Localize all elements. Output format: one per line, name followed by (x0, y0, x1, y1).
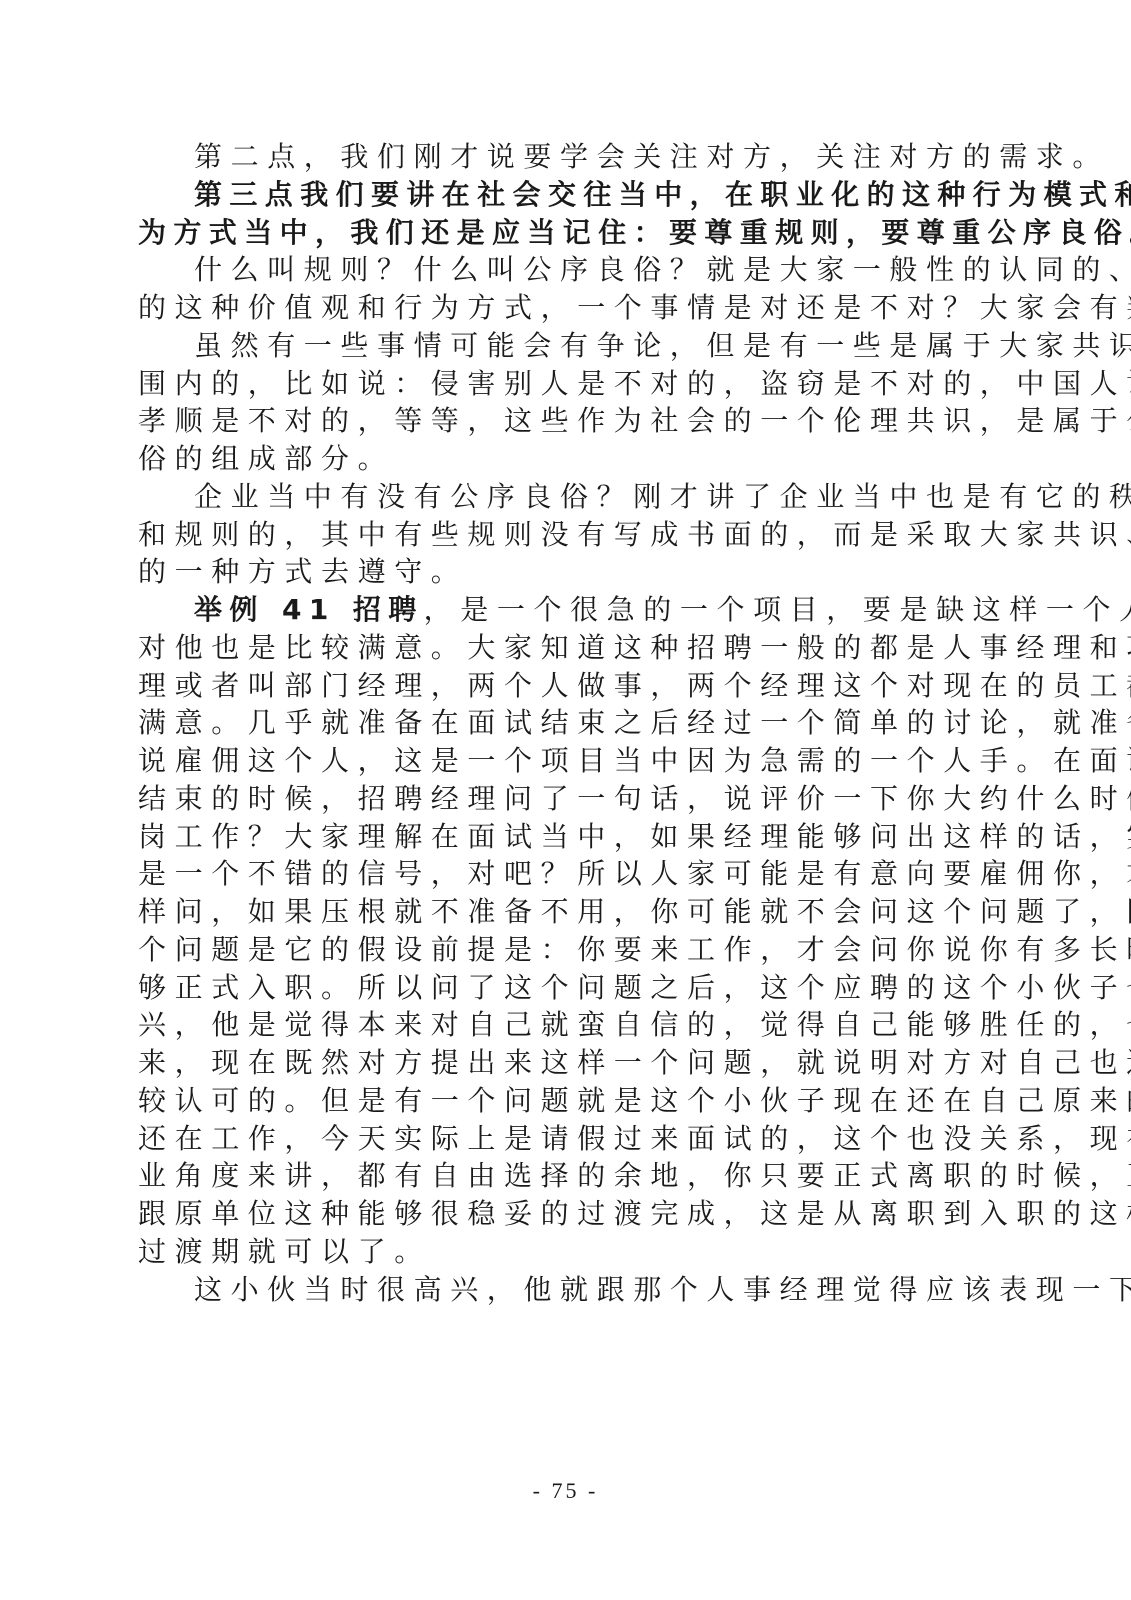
text-line: 孝顺是不对的，等等，这些作为社会的一个伦理共识，是属于公序良 (138, 402, 974, 440)
text-line: 说雇佣这个人，这是一个项目当中因为急需的一个人手。在面试即将 (138, 742, 974, 780)
text-line: 岗工作？大家理解在面试当中，如果经理能够问出这样的话，实际上 (138, 818, 974, 856)
text-line: 较认可的。但是有一个问题就是这个小伙子现在还在自己原来的公司 (138, 1082, 974, 1120)
paragraph-5: 企业当中有没有公序良俗？刚才讲了企业当中也是有它的秩序 和规则的，其中有些规则没… (138, 478, 974, 591)
text-line: 结束的时候，招聘经理问了一句话，说评价一下你大约什么时候能到 (138, 780, 974, 818)
text-line: 的这种价值观和行为方式，一个事情是对还是不对？大家会有判断。 (138, 289, 974, 327)
text-line: 还在工作，今天实际上是请假过来面试的，这个也没关系，现在从职 (138, 1120, 974, 1158)
text-line: 企业当中有没有公序良俗？刚才讲了企业当中也是有它的秩序 (138, 478, 974, 516)
text-line: 满意。几乎就准备在面试结束之后经过一个简单的讨论，就准备决定 (138, 704, 974, 742)
text-line: 第二点，我们刚才说要学会关注对方，关注对方的需求。 (138, 138, 974, 176)
text-line: 对他也是比较满意。大家知道这种招聘一般的都是人事经理和项目经 (138, 629, 974, 667)
text-line: 第三点我们要讲在社会交往当中，在职业化的这种行为模式和行 (138, 176, 974, 214)
paragraph-3: 什么叫规则？什么叫公序良俗？就是大家一般性的认同的、正性 的这种价值观和行为方式… (138, 251, 974, 327)
text-line: 的一种方式去遵守。 (138, 553, 974, 591)
text-run: ，是一个很急的一个项目，要是缺这样一个人手， (424, 593, 1131, 626)
paragraph-7: 这小伙当时很高兴，他就跟那个人事经理觉得应该表现一下自己 (138, 1271, 974, 1309)
text-line: 个问题是它的假设前提是：你要来工作，才会问你说你有多长时间能 (138, 931, 974, 969)
paragraph-2-bold-heading: 第三点我们要讲在社会交往当中，在职业化的这种行为模式和行 为方式当中，我们还是应… (138, 176, 974, 252)
text-line: 为方式当中，我们还是应当记住：要尊重规则，要尊重公序良俗。 (138, 214, 974, 252)
text-line: 虽然有一些事情可能会有争论，但是有一些是属于大家共识的范 (138, 327, 974, 365)
page-number: - 75 - (0, 1478, 1131, 1504)
text-line: 这小伙当时很高兴，他就跟那个人事经理觉得应该表现一下自己 (138, 1271, 974, 1309)
text-line: 是一个不错的信号，对吧？所以人家可能是有意向要雇佣你，才会这 (138, 855, 974, 893)
text-line: 过渡期就可以了。 (138, 1233, 974, 1271)
document-page: 第二点，我们刚才说要学会关注对方，关注对方的需求。 第三点我们要讲在社会交往当中… (138, 138, 974, 1308)
paragraph-6-example: 举例 41 招聘，是一个很急的一个项目，要是缺这样一个人手， 对他也是比较满意。… (138, 591, 974, 1271)
text-line: 业角度来讲，都有自由选择的余地，你只要正式离职的时候，正常的 (138, 1157, 974, 1195)
text-line: 样问，如果压根就不准备不用，你可能就不会问这个问题了，因为这 (138, 893, 974, 931)
text-line: 什么叫规则？什么叫公序良俗？就是大家一般性的认同的、正性 (138, 251, 974, 289)
text-line: 理或者叫部门经理，两个人做事，两个经理这个对现在的员工都比较 (138, 667, 974, 705)
text-line: 来，现在既然对方提出来这样一个问题，就说明对方对自己也还是比 (138, 1044, 974, 1082)
text-line-lead: 举例 41 招聘，是一个很急的一个项目，要是缺这样一个人手， (138, 591, 974, 629)
text-line: 和规则的，其中有些规则没有写成书面的，而是采取大家共识、默认 (138, 516, 974, 554)
example-label: 举例 41 招聘 (194, 593, 424, 626)
text-line: 围内的，比如说：侵害别人是不对的，盗窃是不对的，中国人认为不 (138, 365, 974, 403)
text-line: 兴，他是觉得本来对自己就蛮自信的，觉得自己能够胜任的，也愿意 (138, 1006, 974, 1044)
paragraph-4: 虽然有一些事情可能会有争论，但是有一些是属于大家共识的范 围内的，比如说：侵害别… (138, 327, 974, 478)
text-line: 够正式入职。所以问了这个问题之后，这个应聘的这个小伙子也很高 (138, 969, 974, 1007)
text-line: 跟原单位这种能够很稳妥的过渡完成，这是从离职到入职的这样一个 (138, 1195, 974, 1233)
text-line: 俗的组成部分。 (138, 440, 974, 478)
paragraph-1: 第二点，我们刚才说要学会关注对方，关注对方的需求。 (138, 138, 974, 176)
